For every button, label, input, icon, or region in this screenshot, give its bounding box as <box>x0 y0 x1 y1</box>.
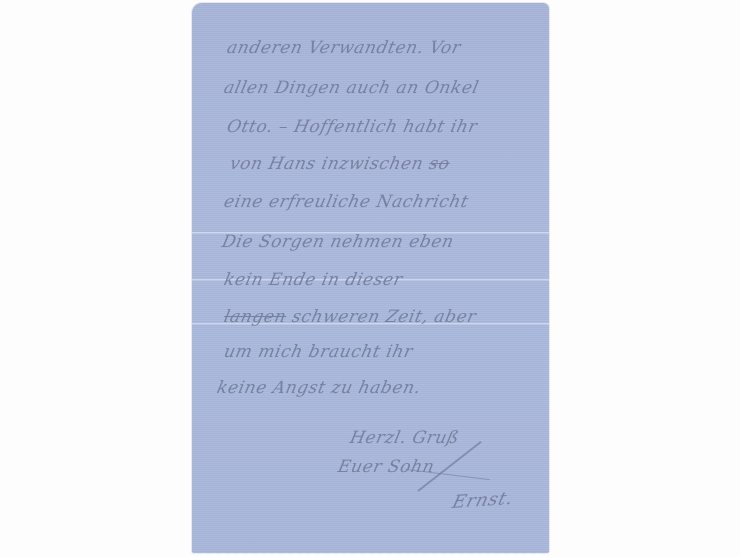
letter-line-10: keine Angst zu haben. <box>215 378 423 398</box>
letter-line-3: Otto. – Hoffentlich habt ihr <box>225 117 479 137</box>
letter-line-1: anderen Verwandten. Vor <box>225 38 463 58</box>
struck-word: langen <box>222 307 288 327</box>
letter-line-2: allen Dingen auch an Onkel <box>222 78 481 98</box>
letter-line-6: Die Sorgen nehmen eben <box>220 232 456 252</box>
letter-line-9: um mich braucht ihr <box>222 342 415 362</box>
closing-greeting: Herzl. Gruß <box>348 428 461 448</box>
letter-line-5: eine erfreuliche Nachricht <box>222 192 471 212</box>
torn-bottom-edge <box>192 551 549 556</box>
struck-word: so <box>427 154 451 174</box>
closing-relation: Euer Sohn <box>336 457 436 477</box>
scan-canvas: anderen Verwandten. Vor allen Dingen auc… <box>0 0 740 557</box>
letter-line-4: von Hans inzwischen so <box>228 154 452 174</box>
letter-line-7: kein Ende in dieser <box>222 270 405 290</box>
letter-line-8: langen schweren Zeit, aber <box>222 307 478 327</box>
